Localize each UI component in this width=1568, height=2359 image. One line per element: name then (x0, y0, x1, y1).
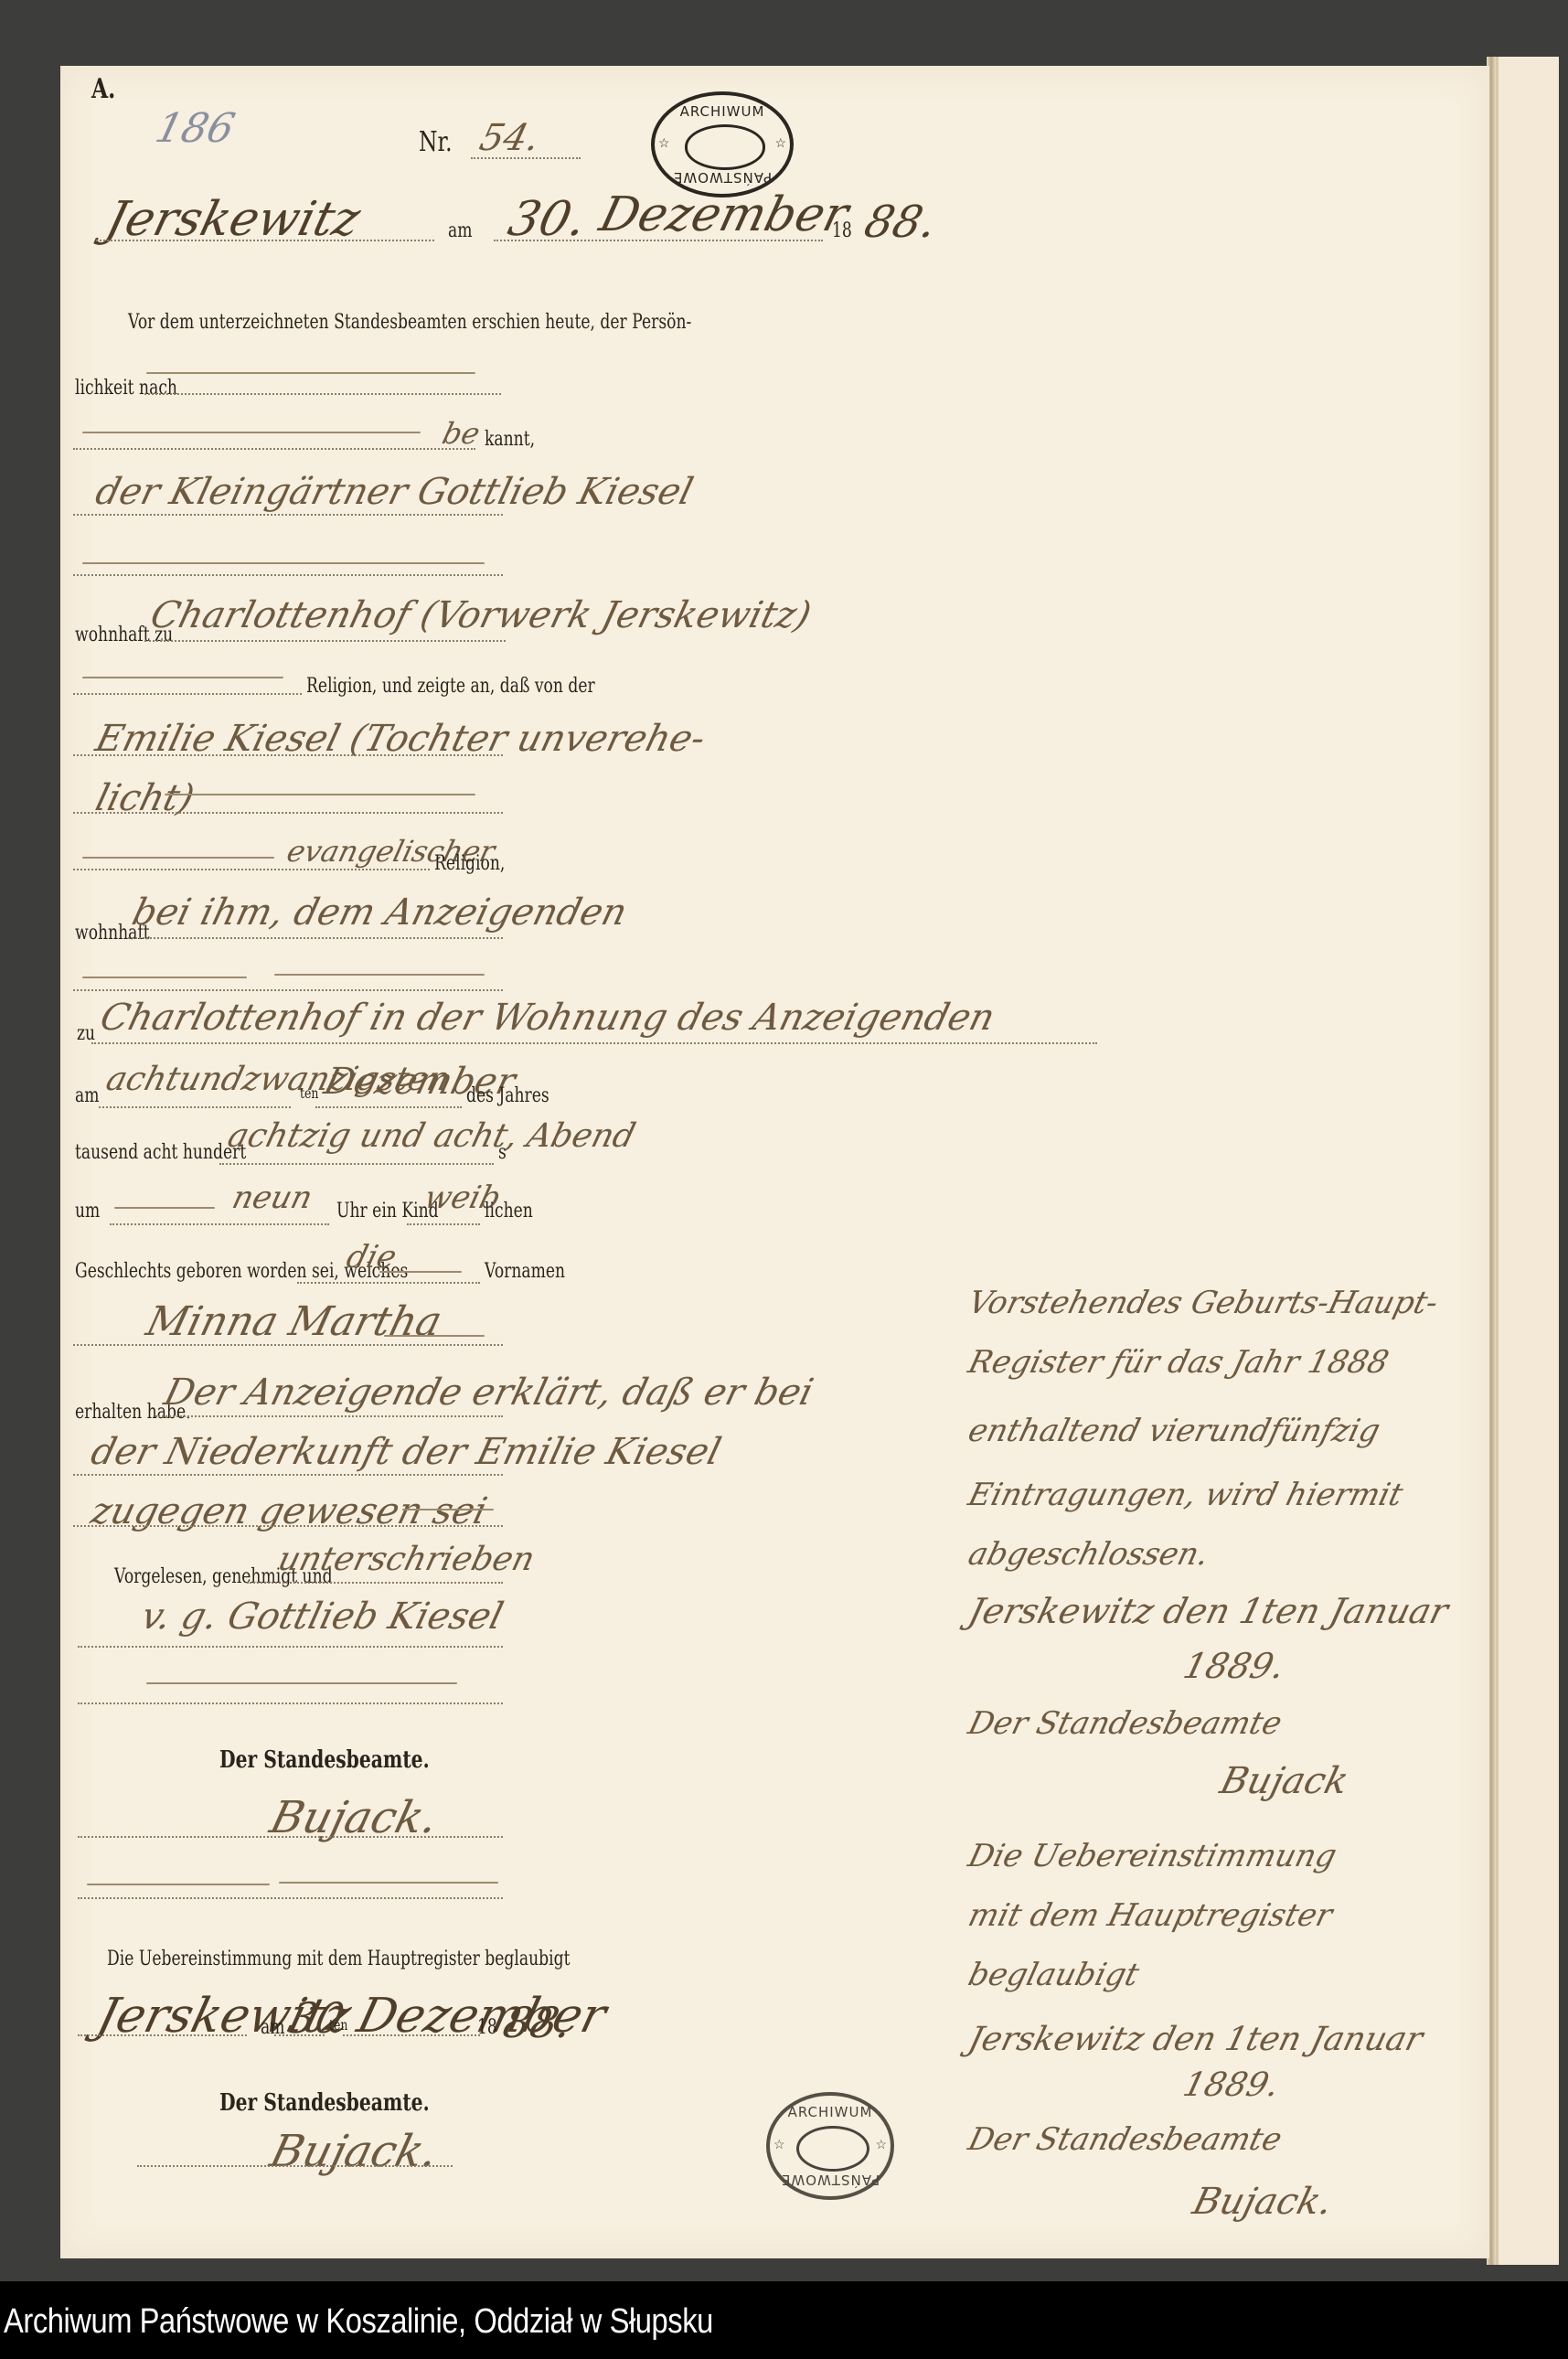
birth-place: Charlottenhof in der Wohnung des Anzeige… (96, 997, 999, 1039)
intro-text-line2: lichkeit nach (75, 377, 177, 400)
entry-number-line (471, 157, 581, 159)
margin-note-line: beglaubigt (965, 1957, 1143, 1993)
dotted-line (78, 1897, 503, 1899)
informant-name: der Kleingärtner Gottlieb Kiesel (91, 471, 698, 513)
stamp-top-text: ARCHIWUM (770, 2104, 891, 2120)
dotted-line (73, 754, 503, 756)
margin-note-line: Register für das Jahr 1888 (965, 1344, 1392, 1381)
entry-number-label: Nr. (419, 126, 453, 158)
header-date-line (494, 240, 823, 241)
header-am-label: am (448, 219, 473, 242)
dotted-line (407, 1223, 480, 1225)
dotted-line (144, 640, 506, 642)
ink-filler-line (82, 677, 283, 678)
star-icon: ☆ (658, 136, 670, 151)
ink-filler-line (279, 1882, 498, 1884)
dotted-line (73, 989, 503, 991)
entry-number: 54. (475, 117, 544, 159)
dotted-line (73, 1344, 503, 1346)
ink-filler-line (165, 794, 475, 795)
header-place: Jerskewitz (101, 192, 366, 247)
dotted-line (78, 1646, 503, 1648)
dotted-line (297, 1282, 480, 1284)
remark-line1: Der Anzeigende erklärt, daß er bei (160, 1372, 817, 1414)
margin-note-line: enthaltend vierundfünfzig (965, 1413, 1383, 1449)
dotted-line (315, 1106, 462, 1108)
religion-text: Religion, und zeigte an, daß von der (306, 675, 595, 698)
dotted-line (73, 514, 503, 516)
header-day: 30. (503, 192, 592, 247)
dotted-line (73, 869, 430, 870)
dotted-line (73, 812, 503, 814)
informant-residence: Charlottenhof (Vorwerk Jerskewitz) (146, 594, 816, 636)
bekannt-printed: kannt, (485, 428, 535, 451)
stamp-bottom-text: PAŃSTWOWE (770, 2172, 891, 2188)
lichen-label: lichen (485, 1200, 533, 1222)
certification-text: Die Uebereinstimmung mit dem Hauptregist… (107, 1948, 570, 1970)
dotted-line (343, 2034, 480, 2036)
margin-note-line: Die Uebereinstimmung (965, 1838, 1340, 1874)
ink-filler-line (87, 1884, 270, 1885)
margin-note-line: Der Standesbeamte (965, 2121, 1285, 2158)
form-letter: A. (91, 73, 115, 105)
des-jahres-label: des Jahres (466, 1084, 549, 1107)
header-month: Dezember (594, 187, 854, 242)
margin-note-line: Jerskewitz den 1ten Januar (965, 2021, 1426, 2058)
archive-caption: Archiwum Państwowe w Koszalinie, Oddział… (4, 2302, 713, 2342)
margin-note-line: 1889. (1179, 2066, 1283, 2104)
dotted-line (73, 1525, 503, 1527)
ink-filler-line (82, 432, 421, 433)
ink-filler-line (402, 1509, 494, 1510)
archive-stamp-bottom: ARCHIWUM ☆ ☆ PAŃSTWOWE (766, 2092, 894, 2200)
ink-filler-line (114, 1207, 215, 1209)
ink-filler-line (82, 562, 485, 564)
margin-note-line: Bujack. (1189, 2181, 1337, 2223)
archive-stamp-top: ARCHIWUM ☆ ☆ PAŃSTWOWE (651, 91, 794, 197)
informant-signature: v. g. Gottlieb Kiesel (137, 1596, 507, 1638)
pencil-page-number: 186 (151, 105, 240, 152)
dotted-line (73, 574, 503, 576)
star-icon: ☆ (773, 2138, 785, 2152)
ink-filler-line (146, 1682, 457, 1684)
ten-label: ten (300, 1084, 318, 1102)
dotted-line (78, 1836, 503, 1838)
cert-ten-label: ten (329, 2016, 347, 2033)
stamp-inner-ring (796, 2126, 869, 2172)
dotted-line (73, 1474, 503, 1476)
dotted-line (128, 937, 503, 939)
stamp-inner-ring (685, 124, 766, 169)
dotted-line (155, 1415, 503, 1417)
ink-filler-line (146, 372, 475, 374)
s-suffix: s (498, 1141, 507, 1164)
dotted-line (144, 393, 501, 395)
margin-note-line: 1889. (1179, 1646, 1289, 1686)
die-handwritten: die (343, 1239, 400, 1276)
dotted-line (219, 1163, 494, 1165)
header-year-suffix: 88. (859, 197, 942, 248)
dotted-line (78, 2034, 247, 2036)
vornamen-label: Vornamen (485, 1260, 565, 1283)
ink-filler-line (82, 977, 247, 978)
birth-hour: neun (229, 1179, 316, 1216)
dotted-line (274, 2034, 325, 2036)
stamp-bottom-text: PAŃSTWOWE (655, 169, 790, 186)
ink-filler-line (384, 1335, 485, 1337)
intro-text-line1: Vor dem unterzeichneten Standesbeamten e… (128, 311, 691, 334)
dotted-line (110, 1223, 329, 1225)
dotted-line (73, 693, 302, 695)
dotted-line (91, 1042, 1097, 1044)
dotted-line (73, 448, 475, 450)
ink-filler-line (82, 857, 274, 859)
religion-label: Religion, (434, 852, 505, 875)
margin-note-line: mit dem Hauptregister (965, 1897, 1336, 1934)
cert-year-suffix: 88. (498, 1998, 578, 2047)
unterschrieben: unterschrieben (274, 1541, 539, 1578)
am-label: am (75, 1084, 100, 1107)
birth-year: achtzig und acht, Abend (224, 1117, 639, 1155)
dotted-line (247, 1582, 503, 1584)
ink-filler-line (274, 974, 485, 976)
mother-residence: bei ihm, dem Anzeigenden (128, 891, 631, 934)
remark-line2: der Niederkunft der Emilie Kiesel (87, 1431, 725, 1473)
dotted-line (137, 2165, 453, 2167)
header-place-line (96, 240, 434, 241)
child-names: Minna Martha (142, 1298, 446, 1345)
margin-note-line: abgeschlossen. (965, 1536, 1212, 1573)
ink-filler-line (379, 1271, 462, 1273)
margin-note-line: Jerskewitz den 1ten Januar (965, 1591, 1452, 1631)
margin-note-line: Eintragungen, wird hiermit (965, 1477, 1406, 1513)
dotted-line (99, 1106, 291, 1108)
um-label: um (75, 1200, 100, 1222)
cert-standesbeamte-label: Der Standesbeamte. (219, 2089, 430, 2117)
margin-note-line: Vorstehendes Geburts-Haupt- (965, 1285, 1442, 1321)
stamp-top-text: ARCHIWUM (655, 103, 790, 120)
cert-year-prefix: 18 (477, 2016, 497, 2039)
tausend-label: tausend acht hundert (75, 1141, 246, 1164)
margin-note-line: Bujack (1216, 1760, 1353, 1802)
margin-note-line: Der Standesbeamte (965, 1705, 1285, 1742)
cert-signature: Bujack. (265, 2126, 443, 2177)
header-year-prefix: 18 (832, 219, 852, 242)
dotted-line (78, 1703, 503, 1704)
standesbeamte-label: Der Standesbeamte. (219, 1746, 430, 1774)
star-icon: ☆ (774, 136, 786, 151)
adjacent-page-edge (1496, 57, 1559, 2265)
star-icon: ☆ (875, 2138, 887, 2152)
